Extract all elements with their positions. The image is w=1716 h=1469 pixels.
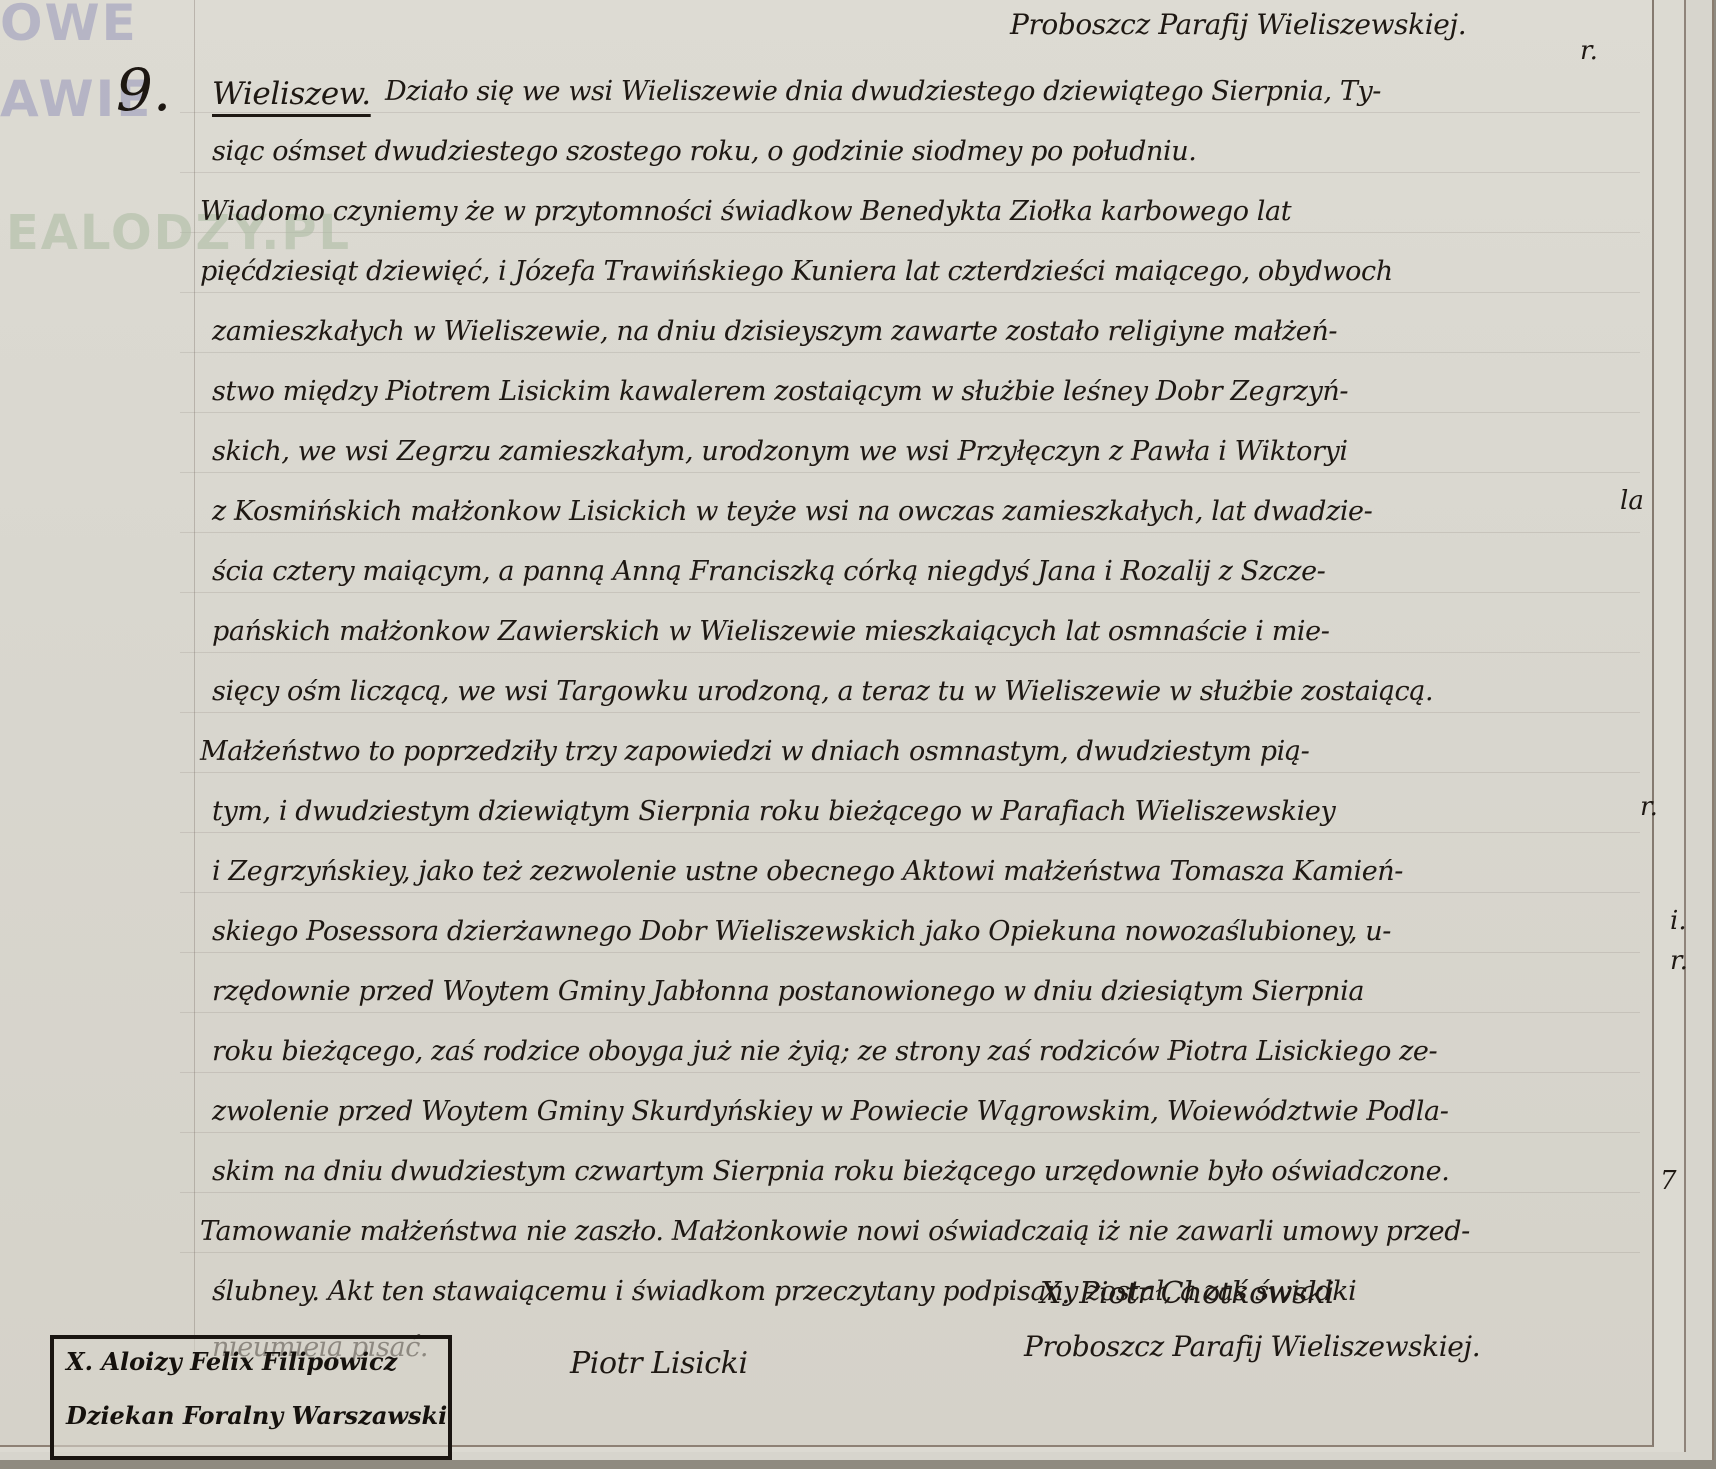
ruled-line: [180, 592, 1640, 593]
ruled-line: [180, 232, 1640, 233]
entry-number: 9.: [116, 56, 171, 124]
ruled-line: [180, 412, 1640, 413]
margin-mark: la: [1620, 486, 1644, 516]
ruled-line: [180, 1132, 1640, 1133]
margin-mark: r.: [1580, 36, 1598, 66]
margin-mark: r.: [1670, 946, 1688, 976]
record-line: sięcy ośm liczącą, we wsi Targowku urodz…: [212, 676, 1433, 707]
ruled-line: [180, 712, 1640, 713]
record-line: skim na dniu dwudziestym czwartym Sierpn…: [212, 1156, 1449, 1187]
header-continuation: Proboszcz Parafij Wieliszewskiej.: [1010, 8, 1466, 41]
ruled-line: [180, 352, 1640, 353]
ruled-line: [180, 892, 1640, 893]
ruled-line: [180, 112, 1640, 113]
record-line: Działo się we wsi Wieliszewie dnia dwudz…: [385, 76, 1381, 107]
left-margin-line: [194, 0, 195, 1360]
ruled-line: [180, 1252, 1640, 1253]
ruled-line: [180, 292, 1640, 293]
record-line: z Kosmińskich małżonkow Lisickich w teyż…: [212, 496, 1372, 527]
priest-title: Proboszcz Parafij Wieliszewskiej.: [1024, 1330, 1480, 1363]
place-heading: Wieliszew.: [212, 76, 371, 112]
margin-mark: r.: [1640, 792, 1658, 822]
ruled-line: [180, 172, 1640, 173]
ruled-line: [180, 532, 1640, 533]
margin-mark: i.: [1670, 906, 1687, 936]
ruled-line: [180, 652, 1640, 653]
record-line: i Zegrzyńskiey, jako też zezwolenie ustn…: [212, 856, 1403, 887]
stamp-name: X. Aloizy Felix Filipowicz: [66, 1347, 397, 1376]
ruled-line: [180, 952, 1640, 953]
margin-mark: 7: [1660, 1166, 1677, 1196]
ruled-line: [180, 772, 1640, 773]
ruled-line: [180, 832, 1640, 833]
record-line: stwo między Piotrem Lisickim kawalerem z…: [212, 376, 1348, 407]
record-line: Wiadomo czyniemy że w przytomności świad…: [200, 196, 1291, 227]
record-line: pięćdziesiąt dziewięć, i Józefa Trawińsk…: [200, 256, 1393, 287]
record-line: tym, i dwudziestym dziewiątym Sierpnia r…: [212, 796, 1335, 827]
record-line: ścia cztery maiącym, a panną Anną Franci…: [212, 556, 1325, 587]
record-line: roku bieżącego, zaś rodzice oboyga już n…: [212, 1036, 1437, 1067]
ruled-line: [180, 472, 1640, 473]
watermark-text: OWE: [0, 0, 138, 52]
record-line: Tamowanie małżeństwa nie zaszło. Małżonk…: [200, 1216, 1470, 1247]
ruled-line: [180, 1192, 1640, 1193]
groom-signature: Piotr Lisicki: [570, 1346, 748, 1381]
document-page: OWE AWIE EALODZY.PL Proboszcz Parafij Wi…: [0, 0, 1654, 1447]
record-line: zamieszkałych w Wieliszewie, na dniu dzi…: [212, 316, 1337, 347]
record-line: skiego Posessora dzierżawnego Dobr Wieli…: [212, 916, 1391, 947]
priest-signature: X. Piotr Chotkowski: [1040, 1276, 1334, 1311]
record-line: skich, we wsi Zegrzu zamieszkałym, urodz…: [212, 436, 1348, 467]
record-line: Małżeństwo to poprzedziły trzy zapowiedz…: [200, 736, 1309, 767]
record-line: siąc ośmset dwudziestego szostego roku, …: [212, 136, 1196, 167]
ruled-line: [180, 1012, 1640, 1013]
ruled-line: [180, 1072, 1640, 1073]
stamp-title: Dziekan Foralny Warszawski: [66, 1401, 447, 1430]
record-line: pańskich małżonkow Zawierskich w Wielisz…: [212, 616, 1329, 647]
record-line: zwolenie przed Woytem Gminy Skurdyńskiey…: [212, 1096, 1448, 1127]
dean-stamp: X. Aloizy Felix Filipowicz Dziekan Foral…: [50, 1335, 452, 1460]
record-line: rzędownie przed Woytem Gminy Jabłonna po…: [212, 976, 1364, 1007]
